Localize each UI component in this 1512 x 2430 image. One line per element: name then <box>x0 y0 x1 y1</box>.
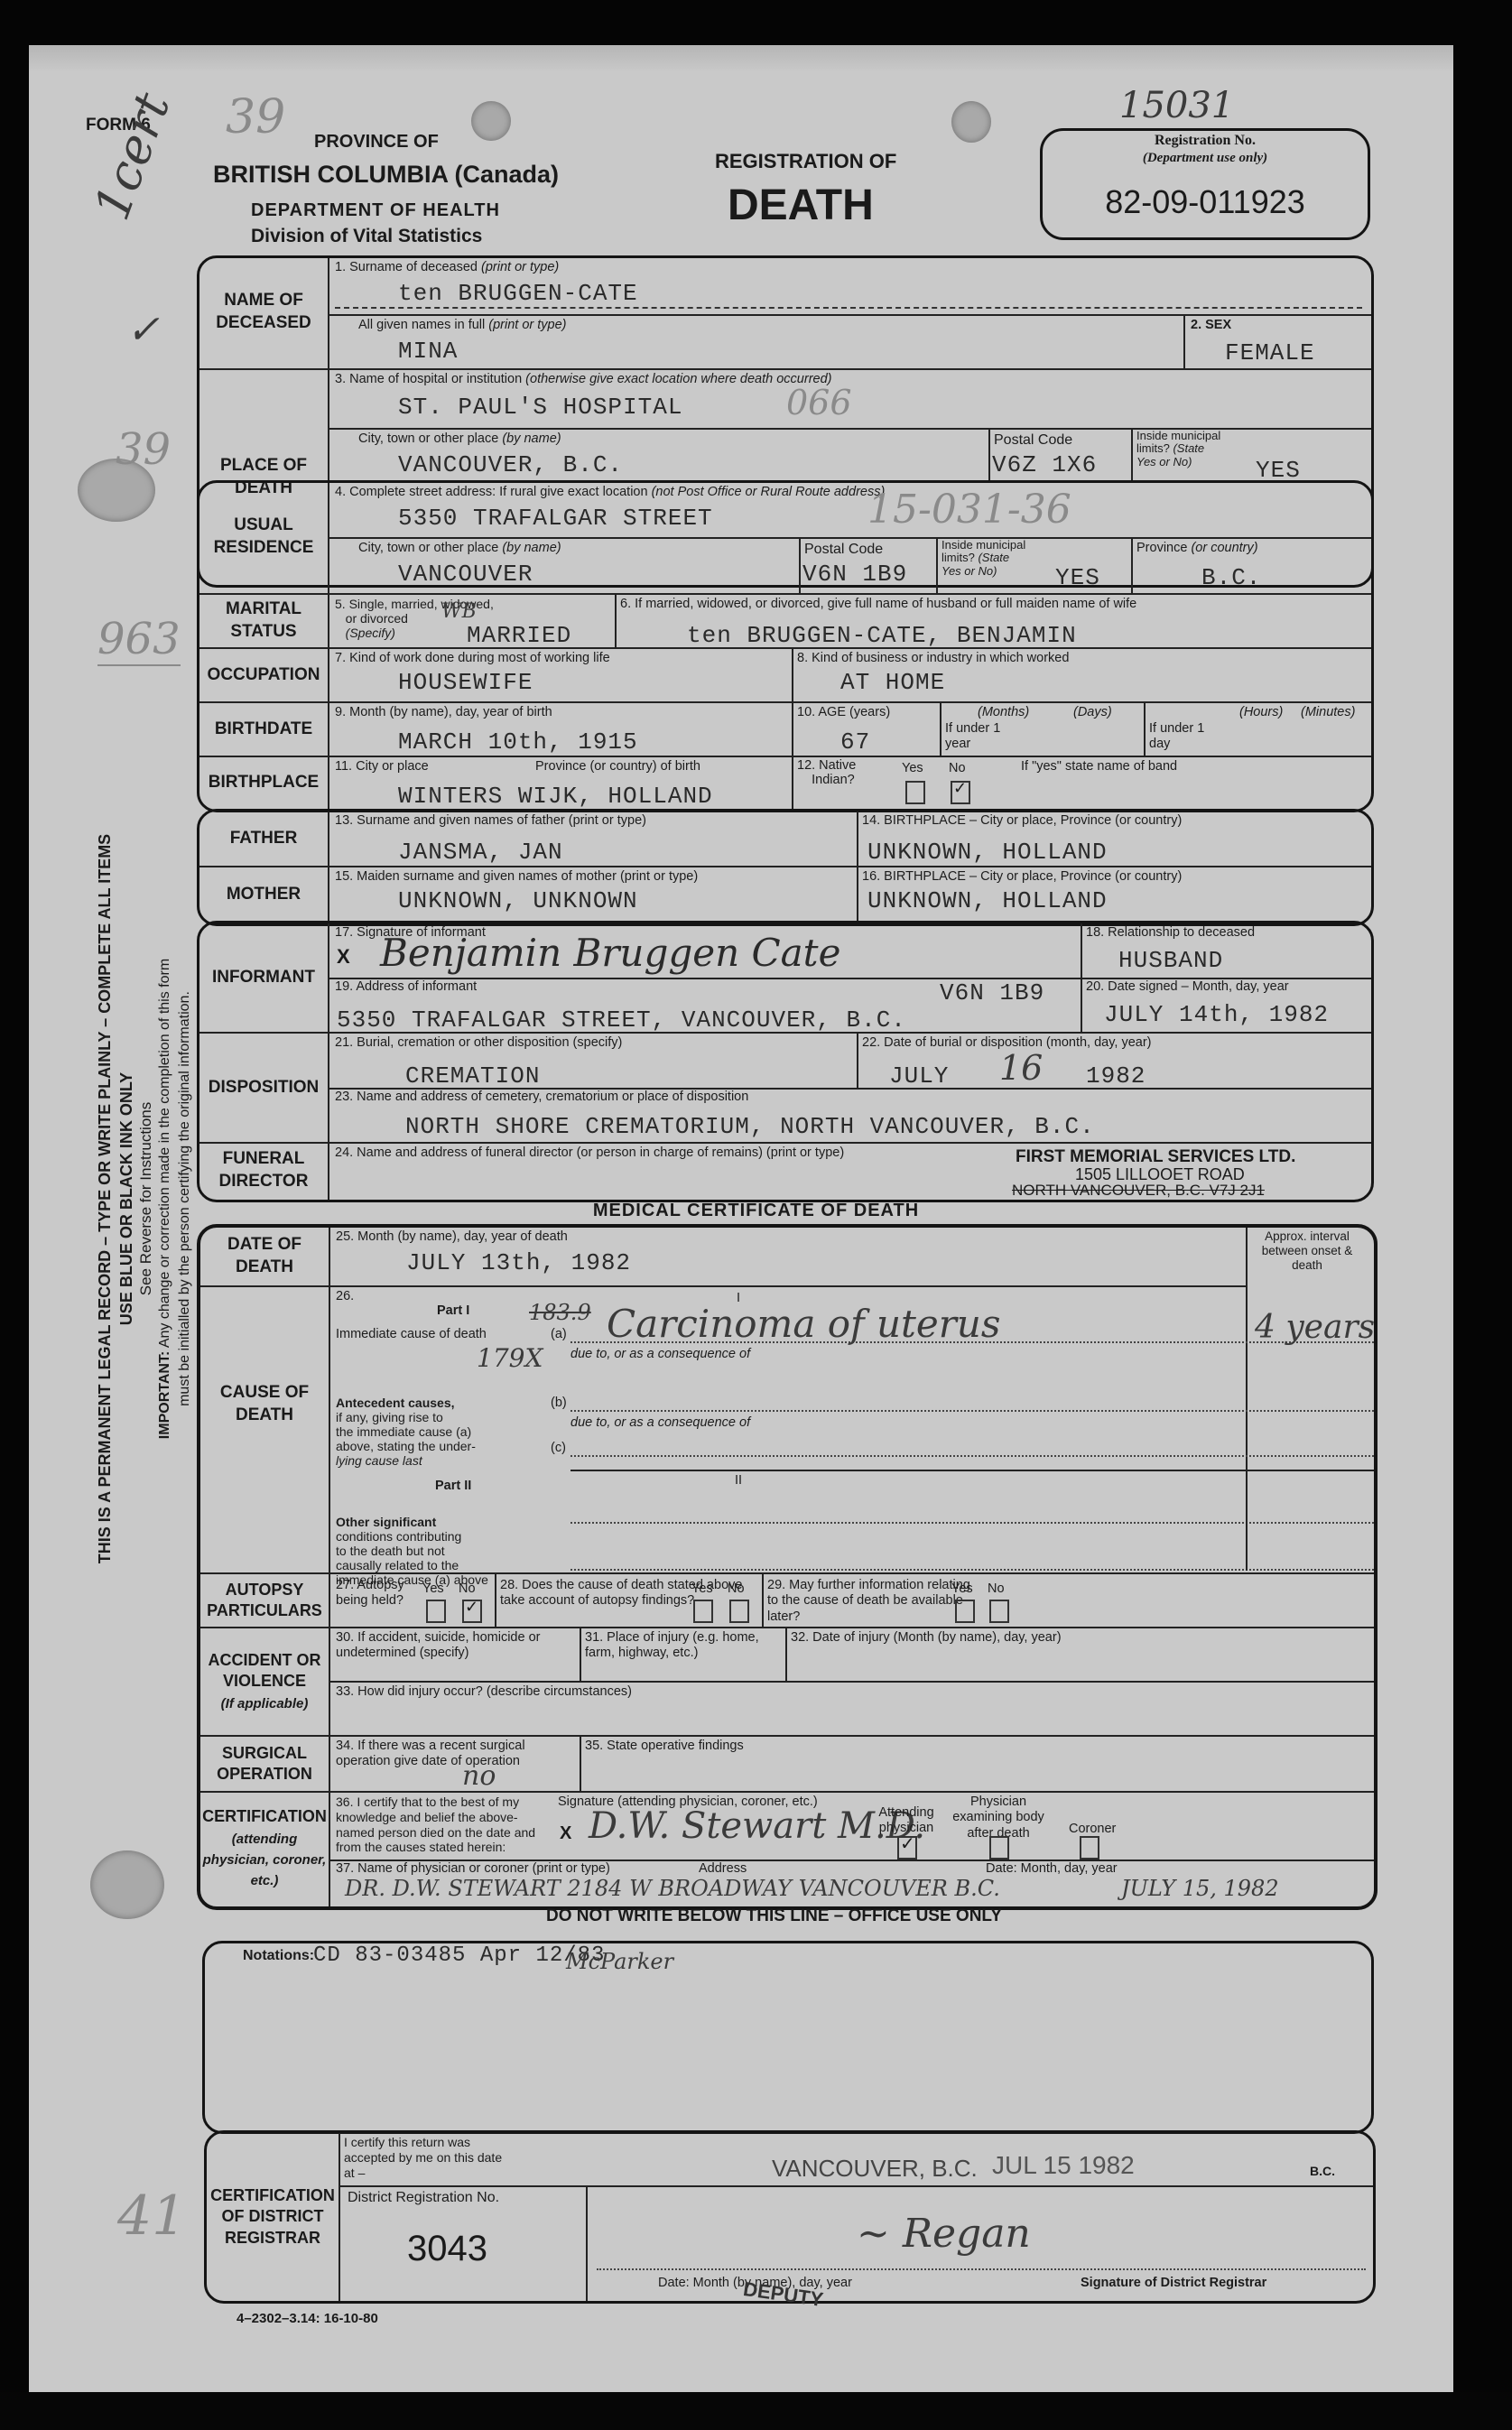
age-label: 10. AGE (years) <box>797 705 890 720</box>
divider <box>586 2185 588 2301</box>
registration-of-label: REGISTRATION OF <box>715 150 896 173</box>
cause-c-label: (c) <box>551 1441 566 1456</box>
given-names-value[interactable]: MINA <box>398 338 458 365</box>
label-text: or divorced <box>346 611 408 626</box>
part1-label: Part I <box>437 1303 469 1319</box>
section-label-birthdate: BIRTHDATE <box>199 703 328 756</box>
section-label-marital: MARITAL STATUS <box>199 595 328 647</box>
divider <box>200 1285 1246 1287</box>
check-mark-icon: ✓ <box>953 779 967 798</box>
important-notice-line1: IMPORTANT: Any change or correction made… <box>157 720 173 1677</box>
q27-no-checkbox[interactable]: ✓ <box>462 1600 482 1623</box>
divider <box>857 1032 858 1088</box>
attending-physician-checkbox[interactable]: ✓ <box>897 1836 917 1860</box>
label-text: 4. Complete street address: If rural giv… <box>335 485 648 499</box>
check-mark-icon: ✓ <box>465 1598 478 1617</box>
due-to-label-a: due to, or as a consequence of <box>570 1347 750 1362</box>
business-label: 8. Kind of business or industry in which… <box>797 651 1069 666</box>
work-value[interactable]: HOUSEWIFE <box>398 669 533 696</box>
divider <box>199 368 1371 370</box>
father-name-value[interactable]: JANSMA, JAN <box>398 839 563 866</box>
notations-initials: McParker <box>566 1949 673 1974</box>
father-birthplace-value[interactable]: UNKNOWN, HOLLAND <box>867 839 1108 866</box>
city-label: City, town or other place (by name) <box>358 431 561 447</box>
label-text: City, town or other place <box>358 431 498 446</box>
surname-value[interactable]: ten BRUGGEN-CATE <box>398 280 638 307</box>
divider <box>199 647 1371 649</box>
q30-label: 30. If accident, suicide, homicide or un… <box>336 1630 561 1662</box>
label-hint: Yes or No) <box>942 564 997 578</box>
section-label-cause-of-death: CAUSE OF DEATH <box>200 1287 329 1522</box>
divider <box>1183 314 1185 368</box>
office-use-banner: DO NOT WRITE BELOW THIS LINE – OFFICE US… <box>0 1906 1512 1926</box>
q36-label: 36. I certify that to the best of my kno… <box>336 1795 552 1855</box>
postal-code-label: Postal Code <box>994 431 1072 449</box>
label-hint: (Specify) <box>346 626 395 640</box>
days-label: (Days) <box>1073 705 1112 720</box>
label-text: ACCIDENT OR VIOLENCE <box>209 1651 321 1690</box>
division-name: Division of Vital Statistics <box>251 226 482 247</box>
section-label-disposition: DISPOSITION <box>199 1034 328 1142</box>
district-reg-no-label: District Registration No. <box>348 2189 499 2206</box>
date-signed-label: 20. Date signed – Month, day, year <box>1086 979 1289 995</box>
divider <box>199 756 1371 757</box>
section-parents: FATHER 13. Surname and given names of fa… <box>197 809 1374 926</box>
q34-value[interactable]: no <box>462 1760 496 1792</box>
divider <box>200 1627 1374 1628</box>
divider <box>792 647 793 810</box>
label-text: above, stating the under- <box>336 1439 476 1453</box>
cause-c-line[interactable] <box>570 1455 1374 1457</box>
registrar-signature-label: Signature of District Registrar <box>1081 2276 1266 2291</box>
divider <box>199 866 1371 867</box>
section-label-birthplace: BIRTHPLACE <box>199 757 328 808</box>
informant-address-value[interactable]: 5350 TRAFALGAR STREET, VANCOUVER, B.C. <box>337 1006 906 1034</box>
important-label: IMPORTANT: <box>157 1351 172 1439</box>
marital-initials: WB <box>441 600 477 623</box>
physician-date-label: Date: Month, day, year <box>986 1861 1118 1877</box>
divider <box>199 1032 1371 1034</box>
notations-value: CD 83-03485 Apr 12/83 <box>313 1943 605 1968</box>
section-informant-disposition: INFORMANT 17. Signature of informant X B… <box>197 921 1374 1202</box>
work-label: 7. Kind of work done during most of work… <box>335 651 610 666</box>
divider <box>495 1572 496 1627</box>
section-residence-birth: USUAL RESIDENCE 4. Complete street addre… <box>197 480 1374 812</box>
spouse-value[interactable]: ten BRUGGEN-CATE, BENJAMIN <box>687 622 1077 649</box>
due-to-label-b: due to, or as a consequence of <box>570 1415 750 1431</box>
registrar-certify-label: I certify this return was accepted by me… <box>344 2135 515 2180</box>
date-signed-value[interactable]: JULY 14th, 1982 <box>1104 1001 1329 1028</box>
q28-no-label: No <box>728 1581 745 1597</box>
physician-address-label: Address <box>699 1861 747 1877</box>
cause-a-value[interactable]: Carcinoma of uterus <box>607 1302 1000 1346</box>
street-address-label: 4. Complete street address: If rural giv… <box>335 485 885 500</box>
other-conditions-line1[interactable] <box>570 1522 1374 1524</box>
coroner-checkbox[interactable] <box>1080 1836 1099 1860</box>
important-text: Any change or correction made in the com… <box>157 959 172 1348</box>
disposition-place-label: 23. Name and address of cemetery, cremat… <box>335 1090 748 1105</box>
divider <box>762 1572 764 1627</box>
label-hint: (by name) <box>502 431 561 446</box>
divider <box>328 923 329 1200</box>
divider <box>936 537 938 593</box>
q37-label: 37. Name of physician or coroner (print … <box>336 1861 610 1877</box>
hospital-label: 3. Name of hospital or institution (othe… <box>335 372 832 387</box>
registrar-signature[interactable]: ~ Regan <box>857 2211 1031 2257</box>
handwritten-page-number: 39 <box>226 90 285 144</box>
label-hint: (print or type) <box>488 318 566 332</box>
other-conditions-label: Other significantconditions contributing… <box>336 1515 488 1587</box>
father-name-label: 13. Surname and given names of father (p… <box>335 813 646 829</box>
divider <box>1246 1470 1248 1571</box>
legal-notice-line1: THIS IS A PERMANENT LEGAL RECORD – TYPE … <box>96 720 115 1677</box>
marital-status-value[interactable]: MARRIED <box>467 622 571 649</box>
minutes-label: (Minutes) <box>1301 705 1355 720</box>
label-hint: (not Post Office or Rural Route address) <box>652 485 886 499</box>
mother-birthplace-value[interactable]: UNKNOWN, HOLLAND <box>867 887 1108 914</box>
registrar-stamp-place: VANCOUVER, B.C. <box>772 2155 978 2183</box>
section-district-registrar: CERTIFICATION OF DISTRICT REGISTRAR I ce… <box>204 2130 1376 2304</box>
native-yes-checkbox[interactable] <box>905 781 925 804</box>
divider <box>615 593 617 647</box>
residence-province-label: Province (or country) <box>1136 541 1258 556</box>
struck-code: 183.9 <box>529 1300 591 1325</box>
section-label-residence: USUAL RESIDENCE <box>199 483 328 591</box>
sex-label: 2. SEX <box>1191 318 1231 333</box>
q27-yes-label: Yes <box>422 1581 444 1597</box>
residence-city-value[interactable]: VANCOUVER <box>398 561 533 588</box>
band-label: If "yes" state name of band <box>1021 759 1177 774</box>
divider <box>200 1791 1374 1793</box>
physician-signature-x: X <box>560 1823 571 1844</box>
residence-inside-value[interactable]: YES <box>1055 564 1100 591</box>
punch-hole <box>951 101 991 143</box>
handwritten-file-number: 15031 <box>1119 85 1234 126</box>
label-text: conditions contributing <box>336 1529 461 1544</box>
age-value[interactable]: 67 <box>840 728 870 756</box>
label-hint: lying cause last <box>336 1453 422 1468</box>
section-label-mother: MOTHER <box>199 867 328 922</box>
divider <box>1131 428 1133 482</box>
handwritten-963: 963 <box>97 614 181 666</box>
relationship-value[interactable]: HUSBAND <box>1118 947 1223 974</box>
disposition-place-value[interactable]: NORTH SHORE CREMATORIUM, NORTH VANCOUVER… <box>405 1113 1095 1140</box>
label-text: Inside municipal <box>942 538 1025 552</box>
accident-label: ACCIDENT OR VIOLENCE(If applicable) <box>200 1650 329 1713</box>
divider <box>940 701 942 756</box>
legal-notice-line2: USE BLUE OR BLACK INK ONLY <box>117 720 136 1677</box>
q32-label: 32. Date of injury (Month (by name), day… <box>791 1630 1062 1646</box>
registration-number-value: 82-09-011923 <box>1043 183 1368 221</box>
section-label-registrar: CERTIFICATION OF DISTRICT REGISTRAR <box>207 2133 339 2301</box>
province-of-label: PROVINCE OF <box>314 132 439 153</box>
legal-notice-line3: See Reverse for Instructions <box>137 720 155 1677</box>
street-address-value[interactable]: 5350 TRAFALGAR STREET <box>398 505 713 532</box>
section-medical-certificate: DATE OF DEATH 25. Month (by name), day, … <box>197 1224 1377 1910</box>
hospital-value[interactable]: ST. PAUL'S HOSPITAL <box>398 394 682 421</box>
native-no-label: No <box>949 761 966 776</box>
label-text: causally related to the <box>336 1558 459 1572</box>
label-hint: (or country) <box>1191 541 1257 555</box>
birthplace-value[interactable]: WINTERS WIJK, HOLLAND <box>398 783 713 810</box>
q33-label: 33. How did injury occur? (describe circ… <box>336 1684 632 1700</box>
handwritten-39: 39 <box>116 424 171 475</box>
section-label-funeral: FUNERAL DIRECTOR <box>199 1144 328 1198</box>
spouse-label: 6. If married, widowed, or divorced, giv… <box>620 597 1136 612</box>
q27-no-label: No <box>459 1581 476 1597</box>
residence-province-value[interactable]: B.C. <box>1201 564 1261 591</box>
divider <box>199 701 1371 703</box>
label-text: if any, giving rise to <box>336 1410 443 1424</box>
cause-a-interval[interactable]: 4 years <box>1255 1309 1375 1346</box>
label-text: Other significant <box>336 1515 436 1529</box>
physician-date-value[interactable]: JULY 15, 1982 <box>1121 1876 1279 1901</box>
q31-label: 31. Place of injury (e.g. home, farm, hi… <box>585 1630 784 1662</box>
label-hint: (State <box>1173 441 1204 455</box>
mother-name-value[interactable]: UNKNOWN, UNKNOWN <box>398 887 638 914</box>
hours-label: (Hours) <box>1239 705 1283 720</box>
divider <box>570 1470 1374 1471</box>
part2-roman: II <box>735 1473 742 1489</box>
label-text: Inside municipal <box>1136 429 1220 442</box>
given-names-label: All given names in full (print or type) <box>358 318 567 333</box>
label-text: Antecedent causes, <box>336 1396 455 1410</box>
divider <box>328 812 329 923</box>
q34-label: 34. If there was a recent surgical opera… <box>336 1739 561 1770</box>
q35-label: 35. State operative findings <box>585 1739 744 1754</box>
important-notice-line2: must be initialled by the person certify… <box>177 720 193 1677</box>
surname-label: 1. Surname of deceased (print or type) <box>335 260 559 275</box>
handwritten-41: 41 <box>117 2184 186 2248</box>
paper-edge <box>29 45 1453 72</box>
section-label-occupation: OCCUPATION <box>199 649 328 701</box>
months-label: (Months) <box>978 705 1029 720</box>
section-label-name: NAME OF DECEASED <box>199 258 328 366</box>
divider <box>329 1228 330 1906</box>
sex-value[interactable]: FEMALE <box>1225 339 1315 366</box>
antecedent-causes-label: Antecedent causes,if any, giving rise to… <box>336 1396 476 1468</box>
cause-b-line[interactable] <box>570 1410 1374 1412</box>
divider <box>1131 537 1133 593</box>
label-text: CERTIFICATION <box>202 1807 327 1825</box>
residence-postal-value[interactable]: V6N 1B9 <box>802 561 907 588</box>
registration-number-sublabel: (Department use only) <box>1043 151 1368 166</box>
signature-x-mark: X <box>337 945 350 969</box>
notations-label: Notations: <box>243 1947 314 1964</box>
q28-no-checkbox[interactable] <box>729 1600 749 1623</box>
physician-name-address[interactable]: DR. D.W. STEWART 2184 W BROADWAY VANCOUV… <box>345 1876 1000 1901</box>
disposition-date-month[interactable]: JULY <box>889 1062 949 1090</box>
divider <box>339 2185 1373 2187</box>
medical-certificate-heading: MEDICAL CERTIFICATE OF DEATH <box>0 1201 1512 1221</box>
q29-yes-checkbox[interactable] <box>955 1600 975 1623</box>
informant-address-label: 19. Address of informant <box>335 979 477 995</box>
registrar-province: B.C. <box>1310 2164 1335 2178</box>
disposition-type-label: 21. Burial, cremation or other dispositi… <box>335 1035 622 1051</box>
label-hint: (If applicable) <box>221 1696 309 1711</box>
divider <box>785 1627 787 1681</box>
dob-label: 9. Month (by name), day, year of birth <box>335 705 552 720</box>
business-value[interactable]: AT HOME <box>840 669 945 696</box>
section-label-informant: INFORMANT <box>199 923 328 1032</box>
q29-no-label: No <box>988 1581 1005 1597</box>
hospital-pencil-code: 066 <box>786 383 852 422</box>
divider <box>580 1735 581 1791</box>
interval-label: Approx. interval between onset & death <box>1249 1229 1365 1274</box>
label-hint: (State <box>978 551 1009 564</box>
divider <box>199 593 1371 595</box>
funeral-director-name: FIRST MEMORIAL SERVICES LTD. <box>1016 1147 1295 1167</box>
informant-signature[interactable]: Benjamin Bruggen Cate <box>380 931 840 975</box>
q28-yes-label: Yes <box>691 1581 713 1597</box>
part2-label: Part II <box>435 1479 471 1494</box>
district-reg-no-value[interactable]: 3043 <box>407 2229 487 2269</box>
q27-yes-checkbox[interactable] <box>426 1600 446 1623</box>
coroner-label: Coroner <box>1069 1822 1116 1837</box>
notations-box: Notations: CD 83-03485 Apr 12/83 McParke… <box>202 1941 1374 2134</box>
examining-physician-checkbox[interactable] <box>989 1836 1009 1860</box>
cause-a-label: (a) <box>551 1327 567 1342</box>
check-mark-icon: ✓ <box>126 307 160 353</box>
divider <box>199 1142 1371 1144</box>
label-text: Province <box>1136 541 1187 555</box>
label-text: City, town or other place <box>358 541 498 555</box>
q28-yes-checkbox[interactable] <box>693 1600 713 1623</box>
section-label-accident: ACCIDENT OR VIOLENCE(If applicable) <box>200 1628 329 1735</box>
date-of-death-label: 25. Month (by name), day, year of death <box>336 1229 568 1245</box>
label-hint: (attending physician, coroner, etc.) <box>203 1832 327 1889</box>
form-code: 4–2302–3.14: 16-10-80 <box>237 2311 378 2326</box>
registration-number-label: Registration No. <box>1043 133 1368 149</box>
mother-birthplace-label: 16. BIRTHPLACE – City or place, Province… <box>862 869 1182 885</box>
autopsy-q27-label: 27. Autopsy being held? <box>336 1578 417 1609</box>
label-hint: (by name) <box>502 541 561 555</box>
residence-city-label: City, town or other place (by name) <box>358 541 561 556</box>
section-label-certification: CERTIFICATION(attending physician, coron… <box>200 1793 329 1905</box>
label-hint: (print or type) <box>481 260 559 274</box>
divider <box>200 1572 1374 1574</box>
registrar-stamp-date: JUL 15 1982 <box>992 2151 1135 2180</box>
residence-postal-label: Postal Code <box>804 541 883 558</box>
label-hint: Yes or No) <box>1136 455 1192 468</box>
section-label-date-of-death: DATE OF DEATH <box>200 1228 329 1285</box>
label-text: the immediate cause (a) <box>336 1424 471 1439</box>
native-no-checkbox[interactable]: ✓ <box>951 781 970 804</box>
q29-no-checkbox[interactable] <box>989 1600 1009 1623</box>
divider <box>339 2133 340 2301</box>
divider <box>988 428 990 482</box>
divider <box>857 812 858 923</box>
divider <box>1144 701 1146 756</box>
native-indian-label: 12. Native Indian? <box>797 759 856 788</box>
section-label-autopsy: AUTOPSY PARTICULARS <box>200 1574 329 1627</box>
check-mark-icon: ✓ <box>900 1832 915 1855</box>
punch-hole <box>471 101 511 141</box>
label-text: limits? <box>942 551 975 564</box>
certification-label: CERTIFICATION(attending physician, coron… <box>200 1806 329 1891</box>
scan-border <box>0 2392 1512 2430</box>
city-value[interactable]: VANCOUVER, B.C. <box>398 451 623 478</box>
immediate-cause-label: Immediate cause of death <box>336 1327 487 1342</box>
relationship-label: 18. Relationship to deceased <box>1086 925 1255 941</box>
q29-yes-label: Yes <box>951 1581 973 1597</box>
divider <box>328 314 1371 316</box>
birth-city-label: 11. City or place <box>335 759 429 774</box>
label-text: Indian? <box>812 773 855 787</box>
divider <box>799 537 801 593</box>
divider <box>329 1681 1374 1683</box>
dob-value[interactable]: MARCH 10th, 1915 <box>398 728 638 756</box>
postal-code-value[interactable]: V6Z 1X6 <box>992 451 1097 478</box>
inside-limits-label: Inside municipallimits? (StateYes or No) <box>1136 430 1220 468</box>
divider <box>580 1627 581 1681</box>
other-conditions-line2[interactable] <box>570 1569 1374 1571</box>
father-birthplace-label: 14. BIRTHPLACE – City or place, Province… <box>862 813 1182 829</box>
funeral-director-label: 24. Name and address of funeral director… <box>335 1145 844 1161</box>
label-text: All given names in full <box>358 318 485 332</box>
province-name: BRITISH COLUMBIA (Canada) <box>213 161 559 189</box>
registrar-signature-line <box>597 2268 1366 2270</box>
disposition-type-value[interactable]: CREMATION <box>405 1062 540 1090</box>
section-label-surgical: SURGICAL OPERATION <box>200 1737 329 1791</box>
label-text: 3. Name of hospital or institution <box>335 372 522 386</box>
label-text: to the death but not <box>336 1544 445 1558</box>
residence-inside-label: Inside municipallimits? (StateYes or No) <box>942 539 1025 578</box>
birth-province-label: Province (or country) of birth <box>535 759 700 774</box>
divider <box>200 1735 1374 1737</box>
surname-underline <box>335 307 1362 309</box>
section-label-father: FATHER <box>199 812 328 866</box>
cause-code: 179X <box>477 1343 543 1373</box>
under-day-label: If under 1 day <box>1149 721 1221 753</box>
form-title: DEATH <box>728 181 874 230</box>
divider <box>328 537 1371 539</box>
registration-number-box: Registration No. (Department use only) 8… <box>1040 128 1370 240</box>
label-text: 12. Native <box>797 758 856 773</box>
address-pencil-code: 15-031-36 <box>867 487 1071 533</box>
under-year-label: If under 1 year <box>945 721 1017 753</box>
department-name: DEPARTMENT OF HEALTH <box>251 200 500 221</box>
disposition-date-year[interactable]: 1982 <box>1086 1062 1146 1090</box>
funeral-director-address2: NORTH VANCOUVER, B.C. V7J 2J1 <box>1012 1182 1265 1200</box>
disposition-date-day[interactable]: 16 <box>999 1048 1043 1088</box>
divider <box>328 483 329 810</box>
examining-physician-label: Physician examining body after death <box>944 1795 1053 1841</box>
cause-b-label: (b) <box>551 1396 567 1411</box>
label-text: 1. Surname of deceased <box>335 260 478 274</box>
informant-postal-value[interactable]: V6N 1B9 <box>940 979 1044 1006</box>
mother-name-label: 15. Maiden surname and given names of mo… <box>335 869 698 885</box>
native-yes-label: Yes <box>902 761 923 776</box>
item-26-number: 26. <box>336 1289 354 1304</box>
label-text: limits? <box>1136 441 1170 455</box>
date-of-death-value[interactable]: JULY 13th, 1982 <box>406 1249 631 1276</box>
